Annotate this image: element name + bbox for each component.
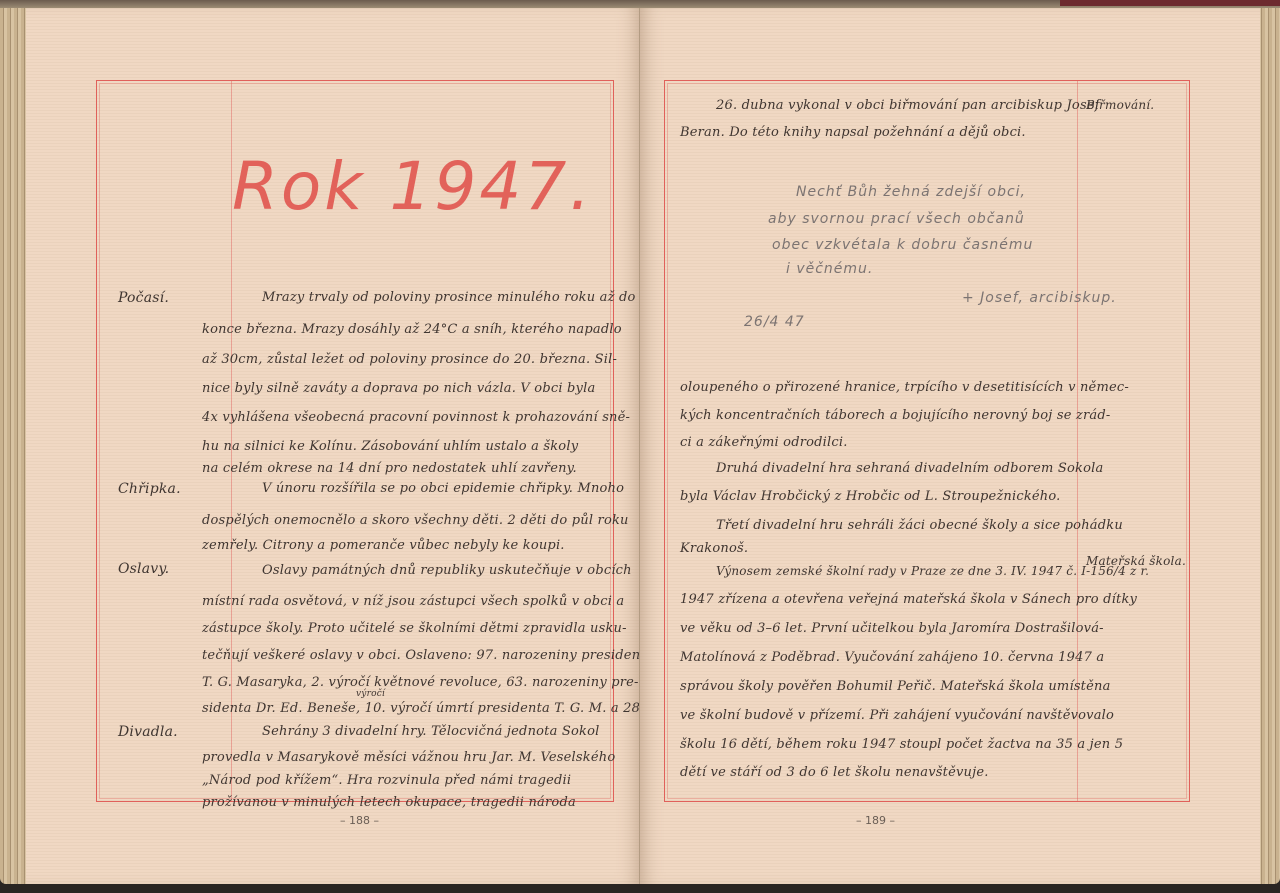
pencil-inscription-line: Nechť Bůh žehná zdejší obci, bbox=[796, 184, 1026, 200]
text-line: na celém okrese na 14 dní pro nedostatek… bbox=[202, 461, 577, 476]
text-line: správou školy pověřen Bohumil Peřič. Mat… bbox=[680, 679, 1111, 694]
text-line: dětí ve stáří od 3 do 6 let školu nenavš… bbox=[680, 765, 989, 780]
text-line: Krakonoš. bbox=[680, 541, 748, 556]
text-line: Beran. Do této knihy napsal požehnání a … bbox=[680, 125, 1026, 140]
text-line: sidenta Dr. Ed. Beneše, 10. výročí úmrtí… bbox=[202, 701, 685, 716]
text-line: Matolínová z Poděbrad. Vyučování zahájen… bbox=[680, 650, 1104, 665]
right-page-stack-edge bbox=[1258, 8, 1280, 884]
page-title-year: Rok 1947. bbox=[232, 148, 593, 225]
text-line: ve věku od 3–6 let. První učitelkou byla… bbox=[680, 621, 1104, 636]
text-line: provedla v Masarykově měsíci vážnou hru … bbox=[202, 750, 615, 765]
text-line: dospělých onemocnělo a skoro všechny dět… bbox=[202, 513, 629, 528]
text-line: T. G. Masaryka, 2. výročí květnové revol… bbox=[202, 675, 639, 690]
text-line: Výnosem zemské školní rady v Praze ze dn… bbox=[716, 564, 1149, 578]
text-line: Druhá divadelní hra sehraná divadelním o… bbox=[716, 461, 1103, 476]
text-line: kých koncentračních táborech a bojujícíh… bbox=[680, 408, 1110, 423]
text-line: zástupce školy. Proto učitelé se školním… bbox=[202, 621, 627, 636]
text-line: V únoru rozšířila se po obci epidemie ch… bbox=[262, 481, 624, 496]
page-number-right: – 189 – bbox=[856, 814, 895, 827]
pencil-inscription-line: obec vzkvétala k dobru časnému bbox=[772, 237, 1033, 253]
text-line: 4x vyhlášena všeobecná pracovní povinnos… bbox=[202, 410, 630, 425]
archbishop-signature: + Josef, arcibiskup. bbox=[962, 290, 1117, 306]
text-line: prožívanou v minulých letech okupace, tr… bbox=[202, 795, 576, 810]
pencil-inscription-line: aby svornou prací všech občanů bbox=[768, 211, 1025, 227]
text-line: byla Václav Hrobčický z Hrobčic od L. St… bbox=[680, 489, 1061, 504]
section-label-theatre: Divadla. bbox=[118, 724, 178, 740]
text-line: konce března. Mrazy dosáhly až 24°C a sn… bbox=[202, 322, 622, 337]
section-label-flu: Chřipka. bbox=[118, 481, 181, 497]
text-line: Sehrány 3 divadelní hry. Tělocvičná jedn… bbox=[262, 724, 599, 739]
text-line: oloupeného o přirozené hranice, trpícího… bbox=[680, 380, 1129, 395]
text-line: ci a zákeřnými odrodilci. bbox=[680, 435, 848, 450]
text-line: Mrazy trvaly od poloviny prosince minulé… bbox=[262, 290, 636, 305]
text-line: zemřely. Citrony a pomeranče vůbec nebyl… bbox=[202, 538, 565, 553]
text-line: 1947 zřízena a otevřena veřejná mateřská… bbox=[680, 592, 1137, 607]
text-line: místní rada osvětová, v níž jsou zástupc… bbox=[202, 594, 624, 609]
text-line: školu 16 dětí, během roku 1947 stoupl po… bbox=[680, 737, 1123, 752]
text-line: ve školní budově v přízemí. Při zahájení… bbox=[680, 708, 1114, 723]
interlinear-note: výročí bbox=[356, 689, 385, 699]
section-label-celebrations: Oslavy. bbox=[118, 561, 169, 577]
text-line: Třetí divadelní hru sehráli žáci obecné … bbox=[716, 518, 1123, 533]
text-line: nice byly silně zaváty a doprava po nich… bbox=[202, 381, 595, 396]
text-line: až 30cm, zůstal ležet od poloviny prosin… bbox=[202, 352, 617, 367]
right-page: Biřmování. Mateřská škola. 26. dubna vyk… bbox=[640, 8, 1260, 884]
inscription-date: 26/4 47 bbox=[744, 314, 805, 330]
section-label-weather: Počasí. bbox=[118, 290, 169, 306]
open-chronicle-book: Rok 1947. Počasí. Mrazy trvaly od polovi… bbox=[0, 0, 1280, 893]
pencil-inscription-line: i věčnému. bbox=[786, 261, 873, 277]
text-line: hu na silnici ke Kolínu. Zásobování uhlí… bbox=[202, 439, 578, 454]
left-page-stack-edge bbox=[0, 8, 28, 884]
text-line: Oslavy památných dnů republiky uskutečňu… bbox=[262, 563, 632, 578]
text-line: tečňují veškeré oslavy v obci. Oslaveno:… bbox=[202, 648, 654, 663]
text-line: 26. dubna vykonal v obci biřmování pan a… bbox=[716, 98, 1100, 113]
page-number-left: – 188 – bbox=[340, 814, 379, 827]
left-page: Rok 1947. Počasí. Mrazy trvaly od polovi… bbox=[26, 8, 640, 884]
text-line: „Národ pod křížem“. Hra rozvinula před n… bbox=[202, 773, 571, 788]
cover-red-binding bbox=[1060, 0, 1280, 6]
